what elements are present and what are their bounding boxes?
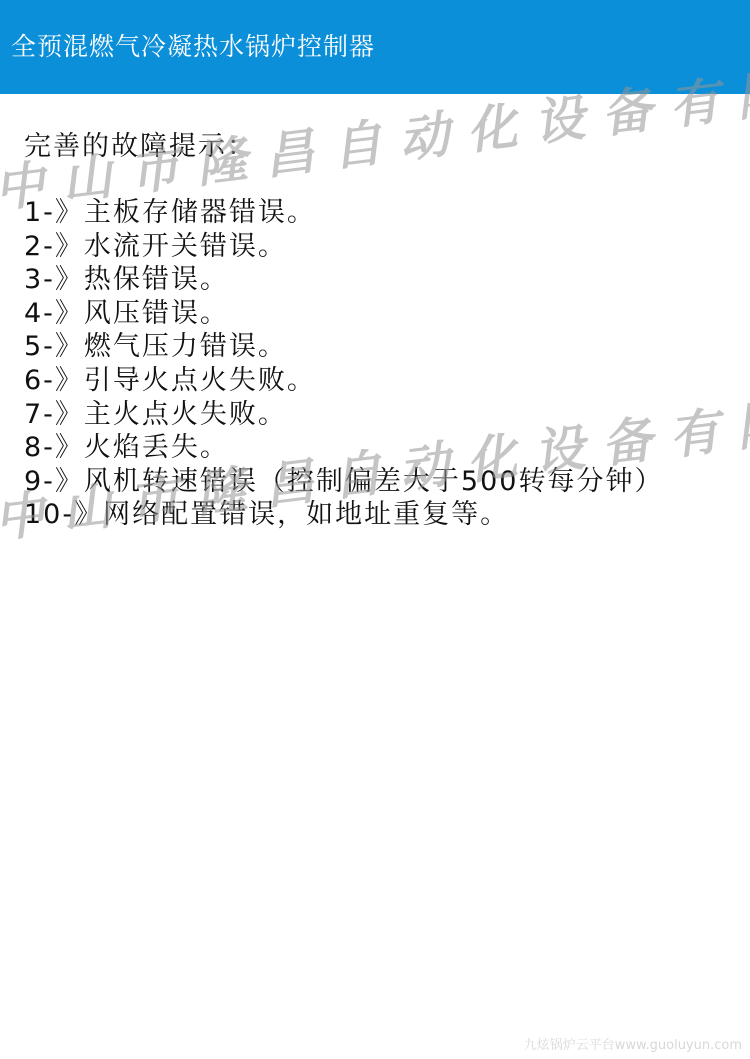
page-title: 全预混燃气冷凝热水锅炉控制器	[11, 32, 375, 62]
fault-item: 1-》主板存储器错误。	[24, 196, 663, 230]
fault-item: 10-》网络配置错误，如地址重复等。	[24, 498, 663, 532]
footer-watermark: 九炫锅炉云平台www.guoluyun.com	[524, 1034, 742, 1053]
header-banner: 全预混燃气冷凝热水锅炉控制器	[0, 0, 750, 94]
fault-item: 8-》火焰丢失。	[24, 431, 663, 465]
fault-section: 完善的故障提示： 1-》主板存储器错误。 2-》水流开关错误。 3-》热保错误。…	[24, 131, 663, 532]
fault-item: 6-》引导火点火失败。	[24, 364, 663, 398]
fault-item: 9-》风机转速错误（控制偏差大于500转每分钟）	[24, 465, 663, 499]
fault-item: 7-》主火点火失败。	[24, 398, 663, 432]
section-intro: 完善的故障提示：	[24, 131, 663, 163]
fault-item: 5-》燃气压力错误。	[24, 330, 663, 364]
fault-list: 1-》主板存储器错误。 2-》水流开关错误。 3-》热保错误。 4-》风压错误。…	[24, 196, 663, 532]
fault-item: 4-》风压错误。	[24, 297, 663, 331]
fault-item: 2-》水流开关错误。	[24, 230, 663, 264]
fault-item: 3-》热保错误。	[24, 263, 663, 297]
